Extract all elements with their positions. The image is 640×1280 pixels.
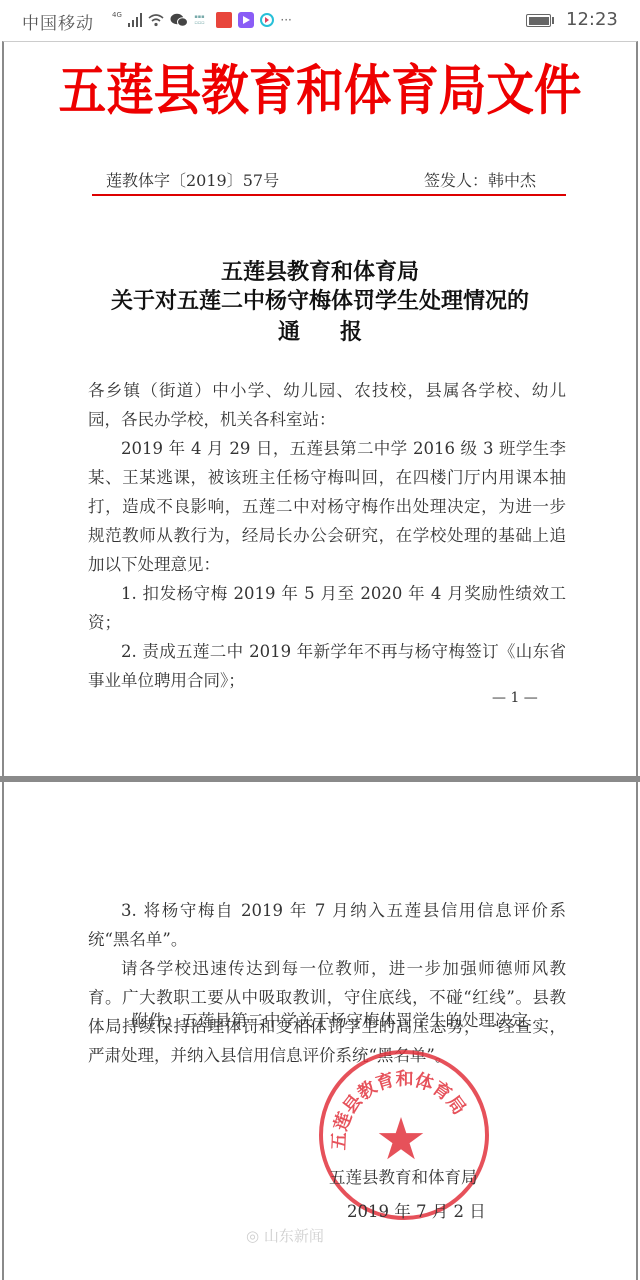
status-bar: 中国移动 4G ▪▪▪▫▫▫ ··· 12:23: [0, 0, 640, 40]
video-app-icon: [238, 12, 254, 28]
notification-app-icon: ▪▪▪▫▫▫: [194, 14, 210, 26]
battery-tip: [552, 17, 554, 24]
page1-body: 各乡镇（街道）中小学、幼儿园、农技校，县属各学校、幼儿园，各民办学校，机关各科室…: [88, 376, 566, 695]
page2-body: 3. 将杨守梅自 2019 年 7 月纳入五莲县信用信息评价系统“黑名单”。 请…: [88, 896, 566, 1070]
weibo-watermark: ◎ 山东新闻: [246, 1225, 324, 1246]
network-type-label: 4G: [112, 11, 122, 19]
document-number: 莲教体字〔2019〕57号: [106, 168, 279, 191]
wifi-icon: [148, 13, 164, 27]
official-seal: 五莲县教育和体育局 ★: [319, 1050, 489, 1220]
signing-organization: 五莲县教育和体育局: [329, 1164, 478, 1188]
carrier-label: 中国移动: [22, 9, 94, 34]
battery-icon: [526, 14, 551, 27]
wechat-icon: [170, 13, 188, 27]
more-icon: ···: [280, 13, 291, 27]
incident-paragraph: 2019 年 4 月 29 日，五莲县第二中学 2016 级 3 班学生李某、王…: [88, 434, 566, 579]
clock: 12:23: [566, 9, 618, 30]
signal-icon: [128, 13, 143, 27]
document-page-2[interactable]: 3. 将杨守梅自 2019 年 7 月纳入五莲县信用信息评价系统“黑名单”。 请…: [2, 782, 638, 1280]
notice-title-line-3: 通报: [4, 315, 636, 346]
decision-item-1: 1. 扣发杨守梅 2019 年 5 月至 2020 年 4 月奖励性绩效工资；: [88, 579, 566, 637]
document-signer: 签发人：韩中杰: [424, 168, 536, 191]
addressee-paragraph: 各乡镇（街道）中小学、幼儿园、农技校，县属各学校、幼儿园，各民办学校，机关各科室…: [88, 376, 566, 434]
decision-item-3: 3. 将杨守梅自 2019 年 7 月纳入五莲县信用信息评价系统“黑名单”。: [88, 896, 566, 954]
page-number: — 1 —: [492, 690, 538, 706]
decision-item-2: 2. 责成五莲二中 2019 年新学年不再与杨守梅签订《山东省事业单位聘用合同》…: [88, 637, 566, 695]
document-header-title: 五莲县教育和体育局文件: [42, 48, 598, 125]
seal-star-icon: ★: [375, 1110, 427, 1168]
notice-title-line-1: 五莲县教育和体育局: [4, 255, 636, 286]
document-page-1[interactable]: 五莲县教育和体育局文件 莲教体字〔2019〕57号 签发人：韩中杰 五莲县教育和…: [2, 41, 638, 776]
signing-date: 2019 年 7 月 2 日: [347, 1198, 486, 1222]
attachment-line: 附件：五莲县第二中学关于杨守梅体罚学生的处理决定: [132, 1007, 528, 1031]
notice-title-line-2: 关于对五莲二中杨守梅体罚学生处理情况的: [4, 284, 636, 315]
header-divider: [92, 194, 566, 196]
status-icons: 4G ▪▪▪▫▫▫ ···: [112, 11, 292, 29]
player-app-icon: [260, 13, 274, 27]
stock-app-icon: [216, 12, 232, 28]
